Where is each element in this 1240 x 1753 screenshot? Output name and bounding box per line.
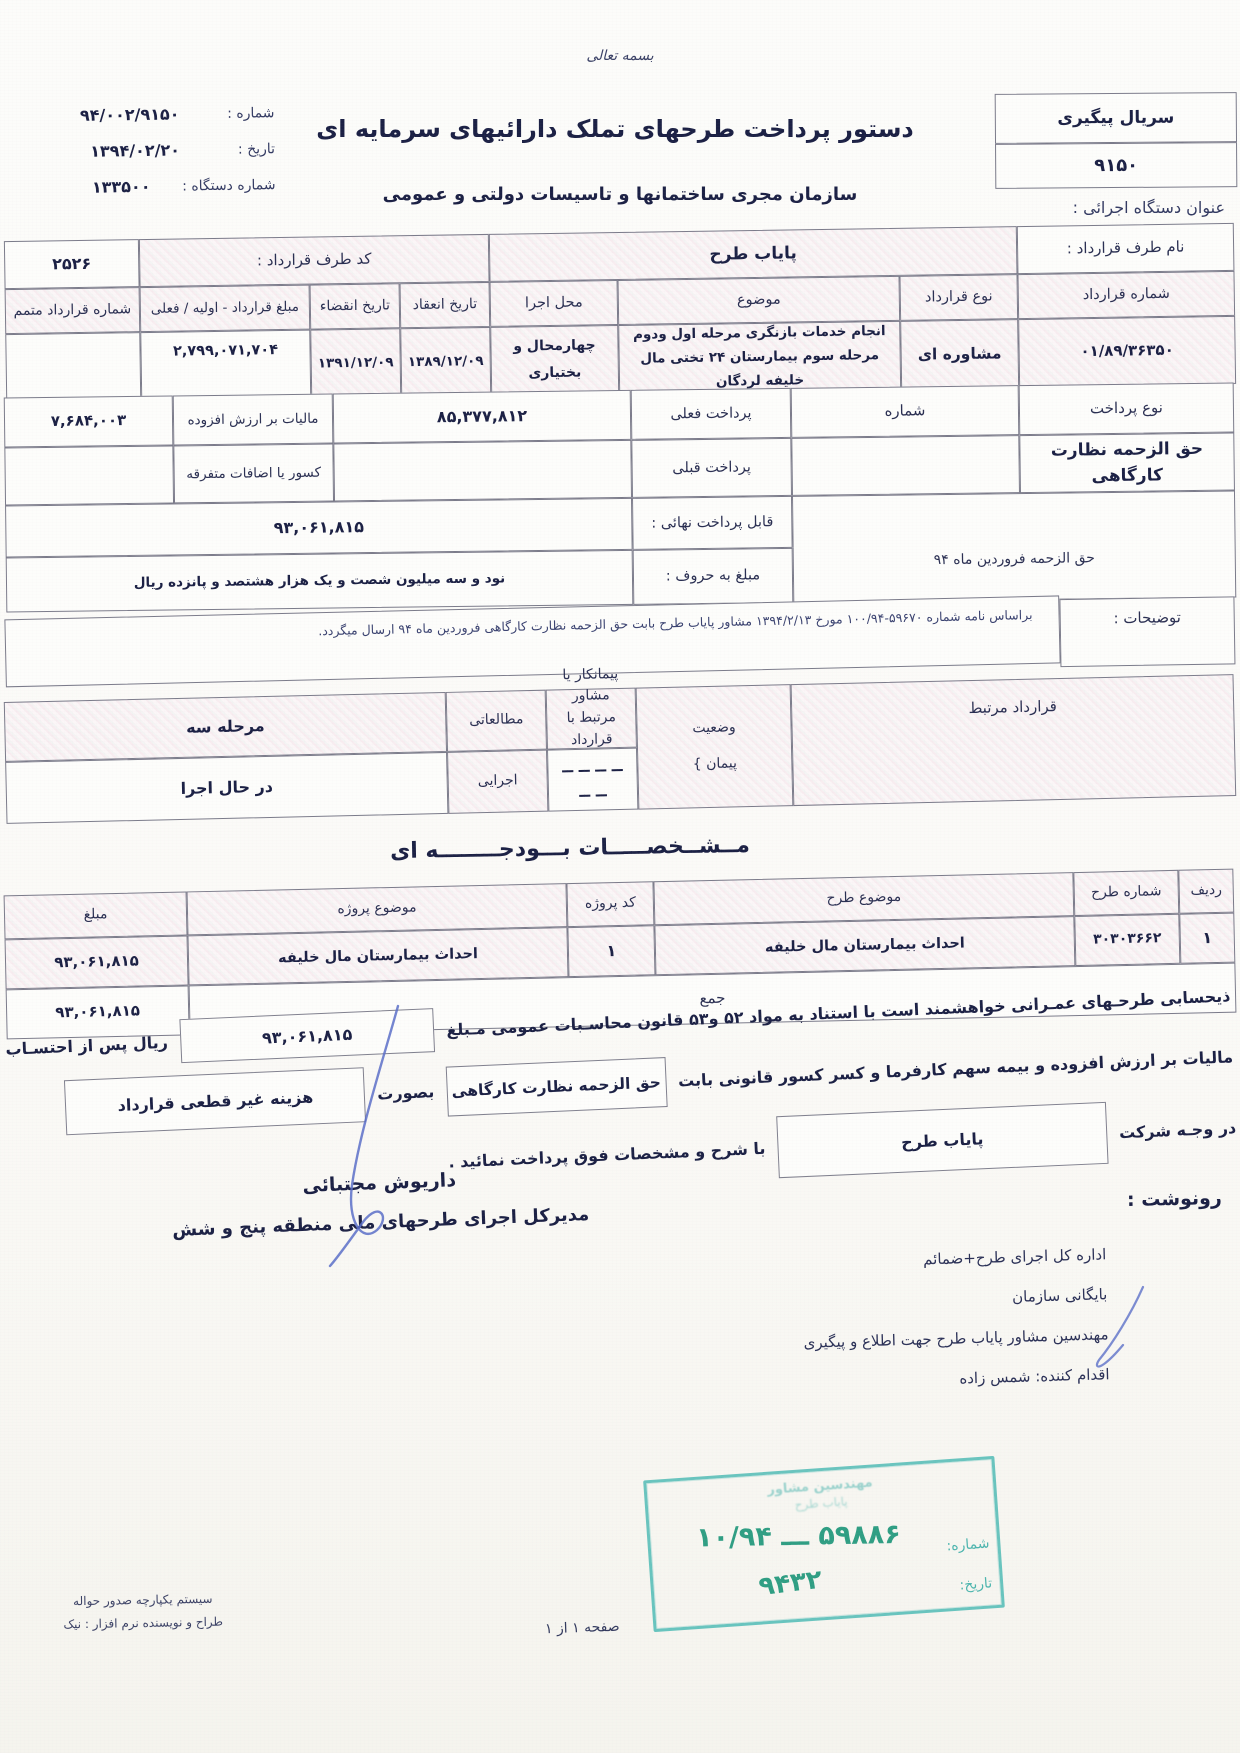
budget-header-plan-no: شماره طرح xyxy=(1073,870,1179,916)
document-title: دستور پرداخت طرحهای تملک دارائیهای سرمای… xyxy=(250,115,980,143)
budget-header-amount: مبلغ xyxy=(4,891,188,939)
page-number: صفحه ۱ از ۱ xyxy=(545,1619,620,1638)
doc-number-label: شماره : xyxy=(179,105,274,122)
party-code-label: کد طرف قرارداد : xyxy=(139,234,490,287)
vat-label: مالیات بر ارزش افزوده xyxy=(173,394,334,446)
contract-amount-header: مبلغ قرارداد - اولیه / فعلی xyxy=(140,285,311,333)
party-name-label: نام طرف قرارداد : xyxy=(1017,223,1235,274)
stamp-date-handwritten: ۹۴۳۲ xyxy=(757,1565,824,1603)
order-mode-word: بصورت xyxy=(377,1082,435,1103)
contract-number-header: شماره قرارداد xyxy=(1017,271,1235,319)
related-main-value: ــ ــ ــ ــ ــ ــ xyxy=(547,748,638,812)
copies-item: بایگانی سازمان xyxy=(627,1285,1107,1316)
copies-item: اداره کل اجرای طرح+ضمائم xyxy=(626,1245,1106,1276)
current-payment-value: ۸۵,۳۷۷,۸۱۲ xyxy=(333,390,632,444)
bismillah-text: بسمه تعالی xyxy=(0,48,1240,64)
payment-period-spacer xyxy=(792,490,1236,547)
contract-amount-value: ۲,۷۹۹,۰۷۱,۷۰۴ xyxy=(140,330,311,401)
budget-row-plan-subject: احداث بیمارستان مال خلیفه xyxy=(654,916,1075,975)
payment-number-header: شماره xyxy=(791,385,1020,438)
budget-section-title: مــشــخصـــــات بـــودجــــــــه ای xyxy=(0,826,1140,871)
agency-title-label: عنوان دستگاه اجرائی : xyxy=(1073,198,1225,217)
budget-row-plan-no: ۳۰۳۰۳۶۶۲ xyxy=(1074,914,1180,966)
previous-payment-label: پرداخت قبلی xyxy=(631,438,792,498)
order-mode-box: هزینه غیر قطعی قرارداد xyxy=(64,1067,366,1135)
copies-label: رونوشت : xyxy=(1127,1187,1222,1211)
order-company-box: پایاب طرح xyxy=(776,1102,1108,1178)
phase-value: مرحله سه xyxy=(4,692,447,762)
payment-type-value: حق الزحمه نظارت کارگاهی xyxy=(1019,432,1235,493)
footer-line1: سیستم یکپارچه صدور حواله xyxy=(28,1591,258,1609)
serial-tracking-box: سریال پیگیری ۹۱۵۰ xyxy=(995,92,1238,189)
status-word-bottom: پیمان { xyxy=(693,753,738,776)
contract-location-value: چهارمحال و بختیاری xyxy=(490,325,619,395)
contract-table: نام طرف قرارداد : پایاب طرح کد طرف قرارد… xyxy=(4,223,1236,402)
payment-period-text: حق الزحمه فروردین ماه ۹۴ xyxy=(793,542,1237,602)
budget-row-project-subject: احداث بیمارستان مال خلیفه xyxy=(187,927,568,985)
contract-sign-date-header: تاریخ انعقاد xyxy=(400,282,491,328)
final-payable-label: قابل پرداخت نهائی : xyxy=(632,496,793,550)
payment-number-value xyxy=(791,435,1020,496)
organization-name: سازمان مجری ساختمانها و تاسیسات دولتی و … xyxy=(300,184,940,205)
order-subject-box: حق الزحمه نظارت کارگاهی xyxy=(445,1057,667,1117)
contract-expiry-value: ۱۳۹۱/۱۲/۰۹ xyxy=(310,328,401,397)
footer-line2: طراح و نویسنده نرم افزار : نیک xyxy=(28,1614,258,1632)
budget-row-amount: ۹۳,۰۶۱,۸۱۵ xyxy=(5,935,189,989)
contract-sign-date-value: ۱۳۸۹/۱۲/۰۹ xyxy=(400,327,491,396)
vat-value: ۷,۶۸۴,۰۰۳ xyxy=(4,395,174,447)
doc-date-label: تاریخ : xyxy=(180,141,275,158)
copies-item: اقدام کننده: شمس زاده xyxy=(630,1365,1110,1396)
study-option-label: مطالعاتی xyxy=(446,690,547,752)
deductions-label: کسور یا اضافات متفرقه xyxy=(173,443,334,503)
budget-row-project-code: ۱ xyxy=(567,925,655,977)
copies-item: مهندسین مشاور پایاب طرح جهت اطلاع و پیگی… xyxy=(628,1325,1108,1356)
status-word-top: وضعیت xyxy=(692,718,736,741)
contract-status-cell: وضعیت پیمان { xyxy=(636,684,794,809)
related-main-header: پیمانکار یا مشاور مرتبط با قرارداد اصلی xyxy=(546,688,637,750)
contract-number-value: ۰۱/۸۹/۳۶۳۵۰ xyxy=(1018,316,1236,387)
contract-supplement-header: شماره قرارداد متمم xyxy=(5,287,141,334)
deductions-value xyxy=(4,445,174,505)
device-number-label: شماره دستگاه : xyxy=(150,177,275,195)
contract-type-value: مشاوره ای xyxy=(900,319,1019,389)
receipt-stamp: مهندسین مشاور پایاب طرح شماره: تاریخ: ۵۹… xyxy=(643,1456,1005,1632)
header-meta-block: شماره : ۹۴/۰۰۲/۹۱۵۰ تاریخ : ۱۳۹۴/۰۲/۲۰ ش… xyxy=(9,103,275,198)
execution-option-label: اجرایی xyxy=(447,750,548,814)
previous-payment-value xyxy=(333,440,632,502)
order-line2-text: مالیات بر ارزش افزوده و بیمه سهم کارفرما… xyxy=(678,1047,1234,1090)
related-contract-table: پیمانکار یا مشاور مرتبط با قرارداد اصلی … xyxy=(4,674,1236,824)
signatory-title: مدیرکل اجرای طرحهای ملی منطقه پنج و شش xyxy=(111,1202,651,1244)
serial-value: ۹۱۵۰ xyxy=(995,142,1237,189)
contract-type-header: نوع قرارداد xyxy=(899,274,1018,321)
amount-in-words-value: نود و سه میلیون شصت و یک هزار هشتصد و پا… xyxy=(6,550,634,613)
party-code-value: ۲۵۲۶ xyxy=(4,239,140,289)
final-payable-value: ۹۳,۰۶۱,۸۱۵ xyxy=(5,498,633,558)
order-line1-tail: ریال پس از احتسـاب xyxy=(5,1032,168,1058)
serial-label: سریال پیگیری xyxy=(995,92,1237,144)
copies-list: اداره کل اجرای طرح+ضمائم بایگانی سازمان … xyxy=(626,1245,1110,1396)
contract-subject-value: انجام خدمات بازنگری مرحله اول ودوم مرحله… xyxy=(618,321,901,393)
related-contract-label: قرارداد مرتبط xyxy=(791,674,1237,806)
contract-location-header: محل اجرا xyxy=(490,280,619,327)
scanned-payment-order-document: بسمه تعالی سریال پیگیری ۹۱۵۰ دستور پرداخ… xyxy=(0,0,1240,1753)
contract-subject-header: موضوع xyxy=(618,276,901,325)
device-number-value: ۱۳۳۵۰۰ xyxy=(92,177,151,197)
stamp-number-label: شماره: xyxy=(946,1535,990,1554)
doc-number-value: ۹۴/۰۰۲/۹۱۵۰ xyxy=(80,104,180,124)
payment-table: نوع پرداخت شماره پرداخت فعلی ۸۵,۳۷۷,۸۱۲ … xyxy=(4,382,1237,612)
payment-type-header: نوع پرداخت xyxy=(1019,382,1235,435)
party-name-value: پایاب طرح xyxy=(489,226,1018,282)
budget-row-index: ۱ xyxy=(1179,913,1235,964)
current-payment-label: پرداخت فعلی xyxy=(631,388,792,440)
order-line3-text: در وجـه شرکت xyxy=(1119,1118,1237,1142)
phase-status-value: در حال اجرا xyxy=(5,752,448,824)
notes-label: توضیحات : xyxy=(1059,596,1235,667)
doc-date-value: ۱۳۹۴/۰۲/۲۰ xyxy=(90,140,180,160)
stamp-number-handwritten: ۵۹۸۸۶ ـــ ۱۰/۹۴ xyxy=(668,1519,929,1555)
footer-software-credit: سیستم یکپارچه صدور حواله طراح و نویسنده … xyxy=(28,1591,259,1632)
budget-header-project-code: کد پروژه xyxy=(566,881,654,927)
budget-header-row-index: ردیف xyxy=(1178,869,1234,914)
stamp-date-label: تاریخ: xyxy=(959,1575,993,1593)
amount-in-words-label: مبلغ به حروف : xyxy=(633,548,794,605)
contract-supplement-value xyxy=(5,332,141,402)
contract-expiry-header: تاریخ انقضاء xyxy=(310,283,401,329)
